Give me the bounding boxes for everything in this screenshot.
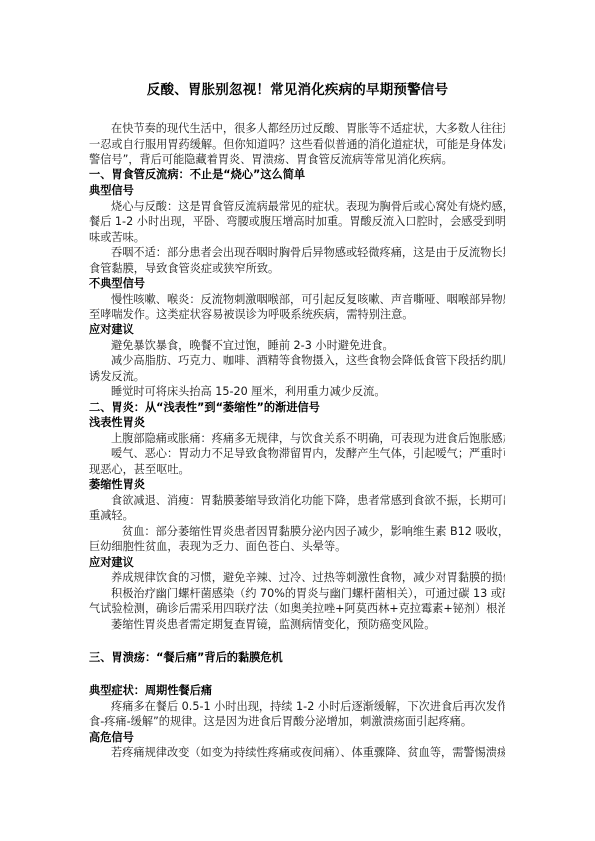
section3-danger-heading: 高危信号: [89, 730, 505, 745]
section3-typical-line-2: 食-疼痛-缓解”的规律。这是因为进食后胃酸分泌增加，刺激溃疡面引起疼痛。: [89, 714, 505, 729]
section2-heading: 二、胃炎：从“浅表性”到“萎缩性”的渐进信号: [89, 400, 505, 415]
section3-danger-line-1: 若疼痛规律改变（如变为持续性疼痛或夜间痛）、体重骤降、贫血等，需警惕溃疡恶变可: [89, 745, 505, 760]
document-page: 反酸、胃胀别忽视！常见消化疾病的早期预警信号 在快节奏的现代生活中，很多人都经历…: [0, 0, 595, 841]
section2-atrophic-line-4: 巨幼细胞性贫血，表现为乏力、面色苍白、头晕等。: [89, 539, 505, 554]
document-title: 反酸、胃胀别忽视！常见消化疾病的早期预警信号: [0, 78, 595, 98]
section1-advice-line-1: 避免暴饮暴食，晚餐不宜过饱，睡前 2-3 小时避免进食。: [89, 338, 505, 353]
section1-advice-line-3: 诱发反流。: [89, 369, 505, 384]
section2-superficial-line-2: 嗳气、恶心：胃动力不足导致食物滞留胃内，发酵产生气体，引起嗳气；严重时可能出: [89, 446, 505, 461]
section1-typical-line-4: 吞咽不适：部分患者会出现吞咽时胸骨后异物感或轻微疼痛，这是由于反流物长期刺激: [89, 245, 505, 260]
intro-line-2: 一忍或自行服用胃药缓解。但你知道吗？这些看似普通的消化道症状，可能是身体发出的“…: [89, 137, 505, 152]
section1-typical-line-5: 食管黏膜，导致食管炎症或狭窄所致。: [89, 261, 505, 276]
section2-atrophic-heading: 萎缩性胃炎: [89, 477, 505, 492]
section1-atypical-line-2: 至哮喘发作。这类症状容易被误诊为呼吸系统疾病，需特别注意。: [89, 307, 505, 322]
section1-typical-line-1: 烧心与反酸：这是胃食管反流病最常见的症状。表现为胸骨后或心窝处有烧灼感，常在: [89, 199, 505, 214]
section2-superficial-line-3: 现恶心，甚至呕吐。: [89, 462, 505, 477]
section1-heading: 一、胃食管反流病：不止是“烧心”这么简单: [89, 167, 505, 182]
section2-advice-line-4: 萎缩性胃炎患者需定期复查胃镜，监测病情变化，预防癌变风险。: [89, 617, 505, 632]
section2-superficial-line-1: 上腹部隐痛或胀痛：疼痛多无规律，与饮食关系不明确，可表现为进食后饱胀感加重。: [89, 431, 505, 446]
section1-typical-line-3: 味或苦味。: [89, 230, 505, 245]
section3-typical-heading: 典型症状：周期性餐后痛: [89, 683, 505, 698]
section2-advice-line-1: 养成规律饮食的习惯，避免辛辣、过冷、过热等刺激性食物，减少对胃黏膜的损伤。: [89, 570, 505, 585]
section1-atypical-line-1: 慢性咳嗽、喉炎：反流物刺激咽喉部，可引起反复咳嗽、声音嘶哑、咽喉部异物感，甚: [89, 292, 505, 307]
section1-typical-line-2: 餐后 1-2 小时出现，平卧、弯腰或腹压增高时加重。胃酸反流入口腔时，会感受到明…: [89, 214, 505, 229]
section1-typical-heading: 典型信号: [89, 183, 505, 198]
section2-advice-line-3: 气试验检测，确诊后需采用四联疗法（如奥美拉唑+阿莫西林+克拉霉素+铋剂）根治。: [89, 601, 505, 616]
section1-advice-line-4: 睡觉时可将床头抬高 15-20 厘米，利用重力减少反流。: [89, 384, 505, 399]
section2-advice-line-2: 积极治疗幽门螺杆菌感染（约 70%的胃炎与幽门螺杆菌相关），可通过碳 13 或碳…: [89, 586, 505, 601]
section3-typical-line-1: 疼痛多在餐后 0.5-1 小时出现，持续 1-2 小时后逐渐缓解，下次进食后再次…: [89, 699, 505, 714]
section2-atrophic-line-2: 重减轻。: [89, 508, 505, 523]
section1-atypical-heading: 不典型信号: [89, 276, 505, 291]
section2-atrophic-line-3: 贫血：部分萎缩性胃炎患者因胃黏膜分泌内因子减少，影响维生素 B12 吸收，可导致: [89, 524, 505, 539]
section3-heading: 三、胃溃疡：“餐后痛”背后的黏膜危机: [89, 650, 505, 665]
intro-line-1: 在快节奏的现代生活中，很多人都经历过反酸、胃胀等不适症状，大多数人往往选择忍: [89, 121, 505, 136]
section2-advice-heading: 应对建议: [89, 555, 505, 570]
section2-superficial-heading: 浅表性胃炎: [89, 415, 505, 430]
section2-atrophic-line-1: 食欲减退、消瘦：胃黏膜萎缩导致消化功能下降，患者常感到食欲不振，长期可出现体: [89, 493, 505, 508]
section1-advice-heading: 应对建议: [89, 322, 505, 337]
intro-line-3: 警信号”，背后可能隐藏着胃炎、胃溃疡、胃食管反流病等常见消化疾病。: [89, 152, 505, 167]
section1-advice-line-2: 减少高脂肪、巧克力、咖啡、酒精等食物摄入，这些食物会降低食管下段括约肌压力，: [89, 353, 505, 368]
